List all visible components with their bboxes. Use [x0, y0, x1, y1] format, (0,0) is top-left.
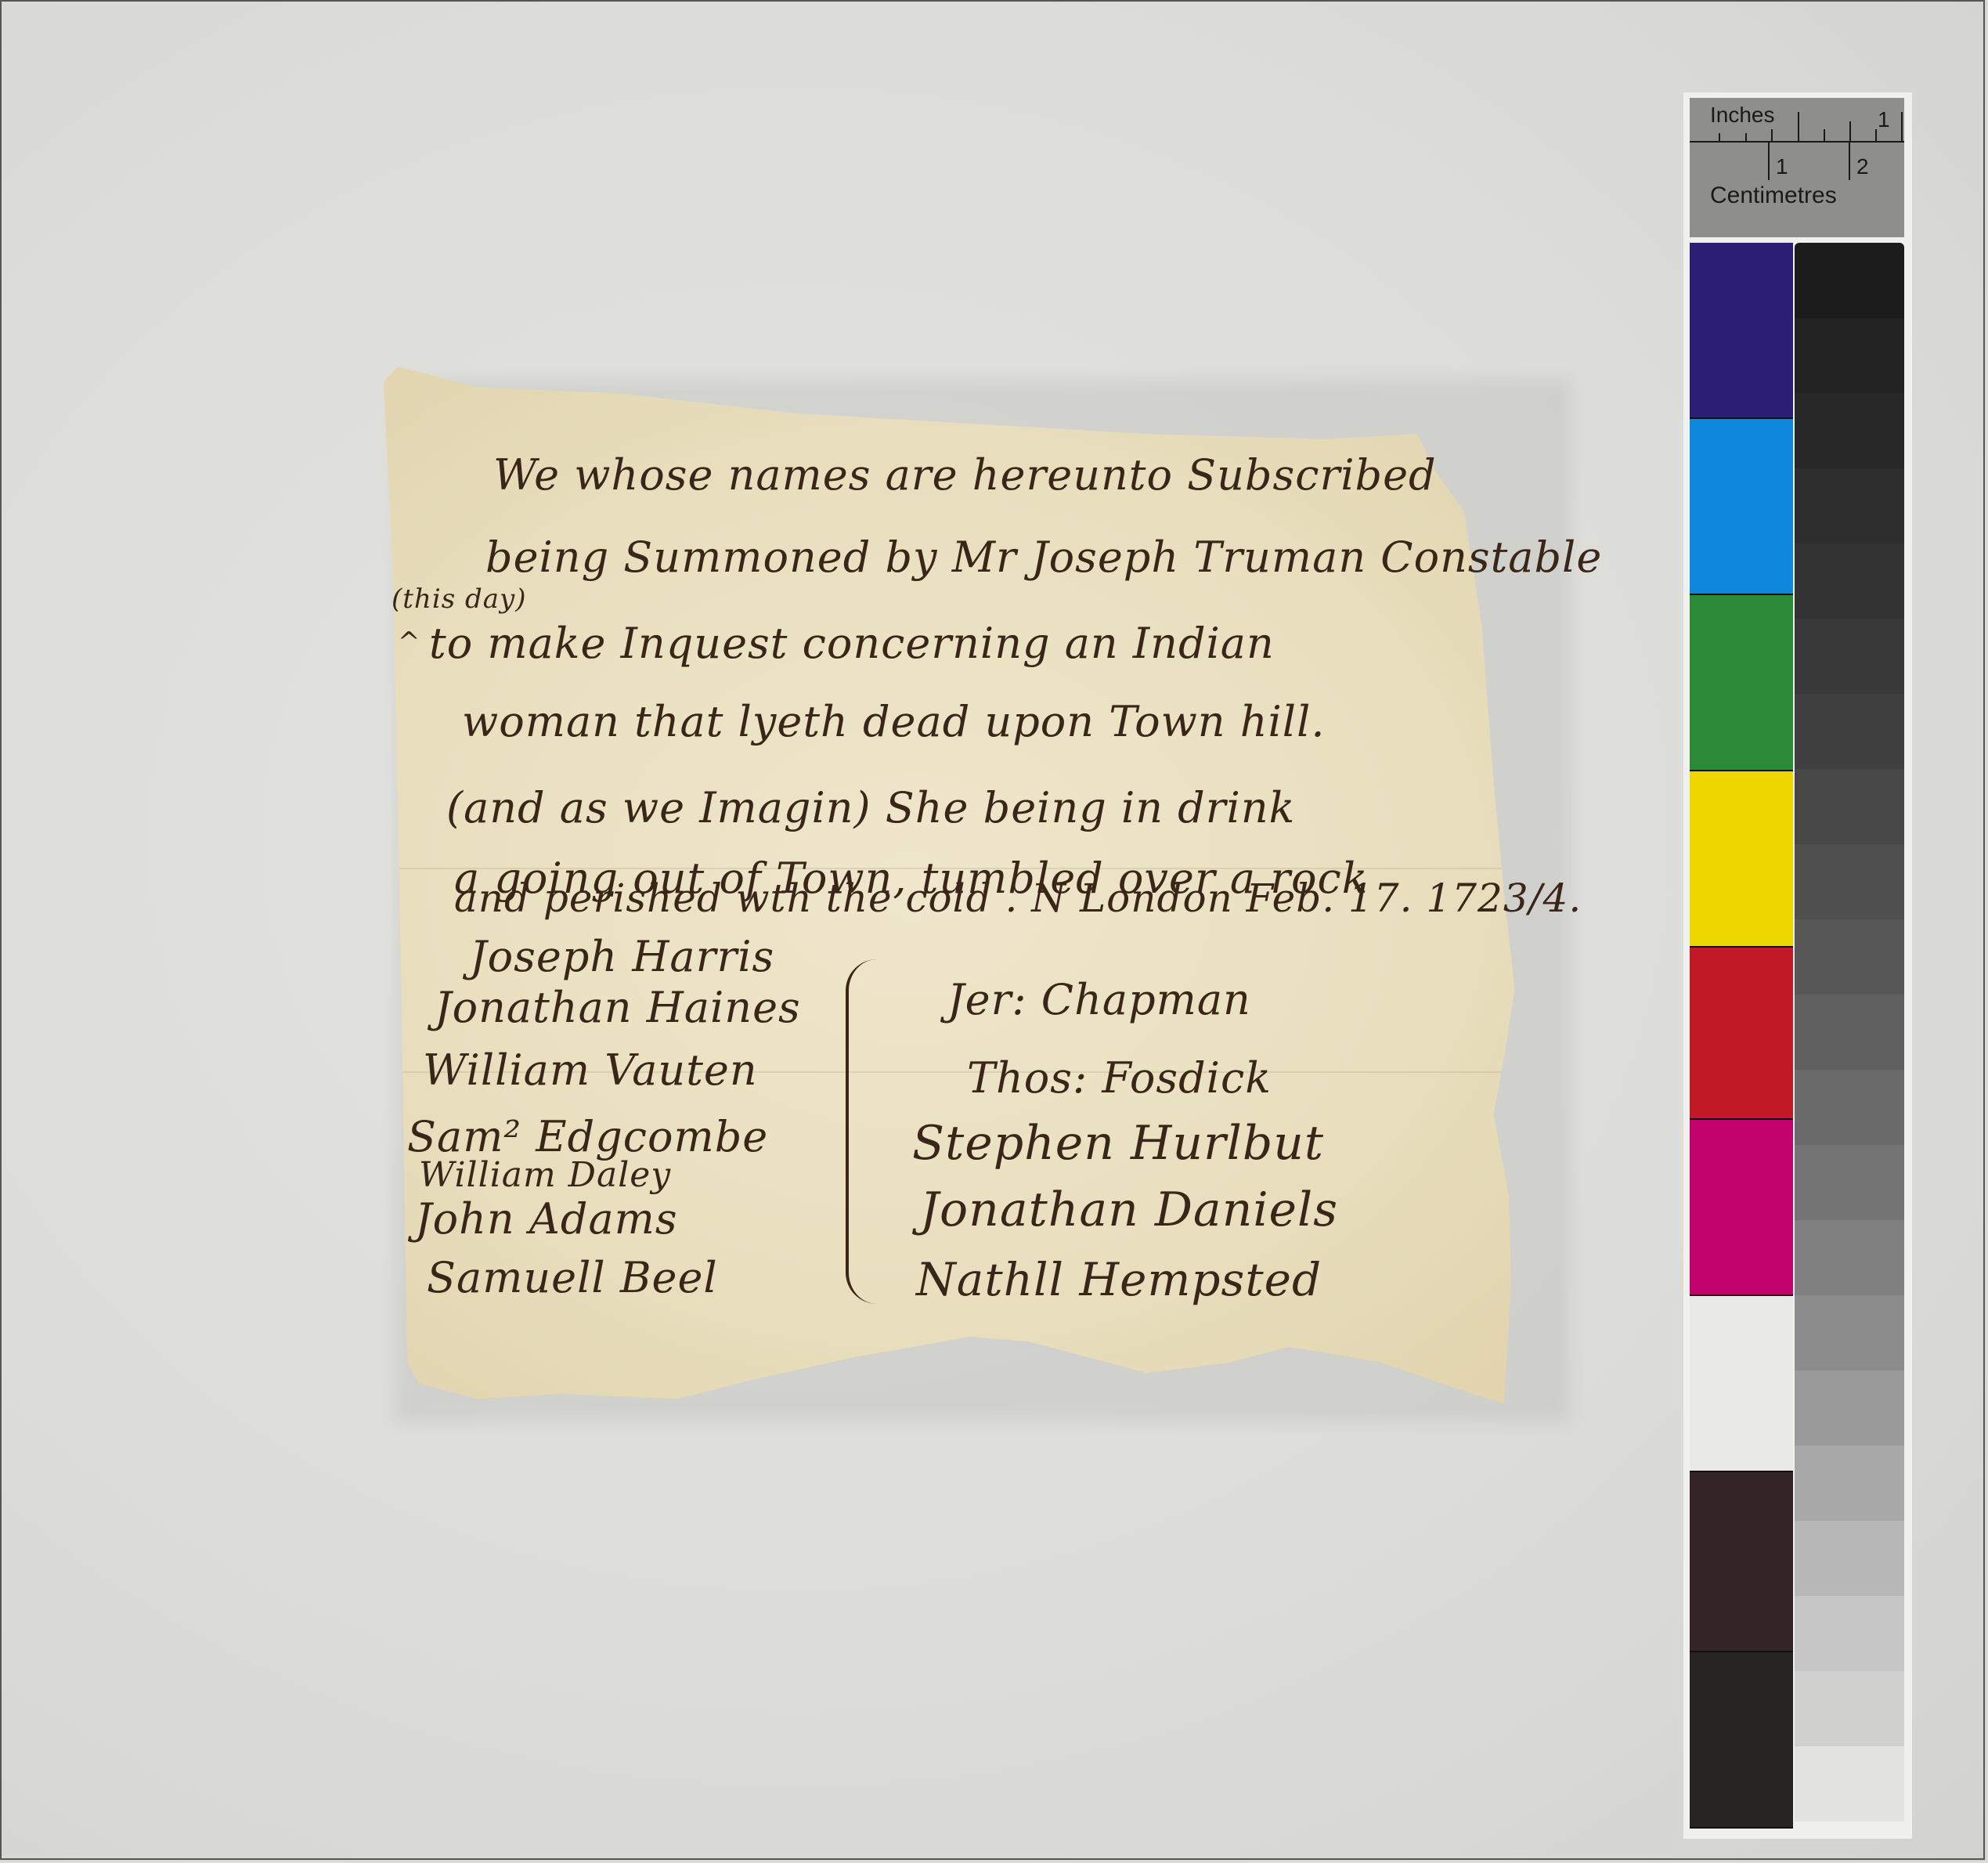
- signature-right: Nathll Hempsted: [916, 1253, 1322, 1306]
- ruler-tick: [1875, 129, 1877, 141]
- gray-step: [1795, 1370, 1904, 1446]
- color-patch-white: [1690, 1296, 1793, 1472]
- gray-step: [1795, 619, 1904, 694]
- gray-step: [1795, 919, 1904, 995]
- signature-left: Samuell Beel: [427, 1253, 718, 1302]
- signature-left: William Daley: [419, 1155, 671, 1195]
- ruler-tick: [1798, 112, 1799, 141]
- signature-left: John Adams: [415, 1194, 678, 1244]
- color-patch-dark-brown: [1690, 1472, 1793, 1652]
- signature-right: Stephen Hurlbut: [912, 1116, 1324, 1171]
- signature-right: Jonathan Daniels: [920, 1182, 1338, 1237]
- gray-step: [1795, 1596, 1904, 1671]
- gray-step: [1795, 1145, 1904, 1220]
- gray-step: [1795, 1295, 1904, 1370]
- gray-step: [1795, 468, 1904, 543]
- color-patch-black: [1690, 1652, 1793, 1829]
- gray-step: [1795, 1070, 1904, 1145]
- signature-right: Jer: Chapman: [947, 975, 1251, 1024]
- color-patch-red: [1690, 948, 1793, 1120]
- ruler-tick: [1849, 121, 1851, 141]
- grayscale-step-column: [1795, 243, 1904, 1821]
- insertion-caret: ^: [398, 626, 421, 658]
- body-line-2: being Summoned by Mr Joseph Truman Const…: [485, 533, 1602, 582]
- ruler-tick: [1719, 133, 1720, 141]
- body-line-5: (and as we Imagin) She being in drink: [446, 783, 1295, 832]
- ruler-tick: [1771, 129, 1773, 141]
- color-patch-yellow: [1690, 771, 1793, 948]
- ruler-axis: [1690, 141, 1904, 143]
- centimetres-label: Centimetres: [1710, 182, 1837, 209]
- gray-step: [1795, 769, 1904, 844]
- color-patch-cyan: [1690, 419, 1793, 595]
- color-patch-green: [1690, 595, 1793, 771]
- gray-step: [1795, 694, 1904, 769]
- signature-left: Joseph Harris: [470, 932, 774, 981]
- signature-right: Thos: Fosdick: [967, 1053, 1272, 1103]
- body-line-1: We whose names are hereunto Subscribed: [493, 450, 1437, 500]
- color-patch-magenta: [1690, 1120, 1793, 1296]
- gray-step: [1795, 318, 1904, 393]
- cm-tick: [1768, 143, 1770, 180]
- gray-step: [1795, 393, 1904, 468]
- cm-mark-1: 1: [1776, 154, 1788, 179]
- ruler-tick: [1745, 133, 1747, 141]
- color-patch-column: [1690, 243, 1793, 1829]
- inch-mark-1: 1: [1878, 107, 1890, 132]
- body-line-4: woman that lyeth dead upon Town hill.: [462, 697, 1326, 746]
- inches-label: Inches: [1710, 103, 1775, 128]
- body-line-7: and perished wth the cold . N London Feb…: [454, 876, 1582, 921]
- gray-step: [1795, 844, 1904, 919]
- signature-left: William Vauten: [423, 1045, 758, 1095]
- scale-ruler: Inches 1 1 2 Centimetres: [1690, 98, 1904, 237]
- color-patch-purple: [1690, 243, 1793, 419]
- signature-left: Jonathan Haines: [435, 983, 801, 1032]
- gray-step: [1795, 543, 1904, 619]
- gray-step: [1795, 1220, 1904, 1295]
- body-line-3: to make Inquest concerning an Indian: [429, 619, 1275, 668]
- signature-left: Sam² Edgcombe: [407, 1112, 768, 1161]
- ruler-tick: [1901, 112, 1903, 141]
- gray-step: [1795, 1446, 1904, 1521]
- cm-mark-2: 2: [1856, 154, 1869, 179]
- gray-step: [1795, 995, 1904, 1070]
- margin-note: (this day): [391, 583, 526, 615]
- gray-step: [1795, 1671, 1904, 1746]
- ruler-tick: [1824, 129, 1825, 141]
- cm-tick: [1849, 143, 1850, 180]
- gray-step: [1795, 1521, 1904, 1596]
- signature-bracket: [846, 959, 880, 1304]
- gray-step: [1795, 243, 1904, 318]
- gray-step: [1795, 1746, 1904, 1821]
